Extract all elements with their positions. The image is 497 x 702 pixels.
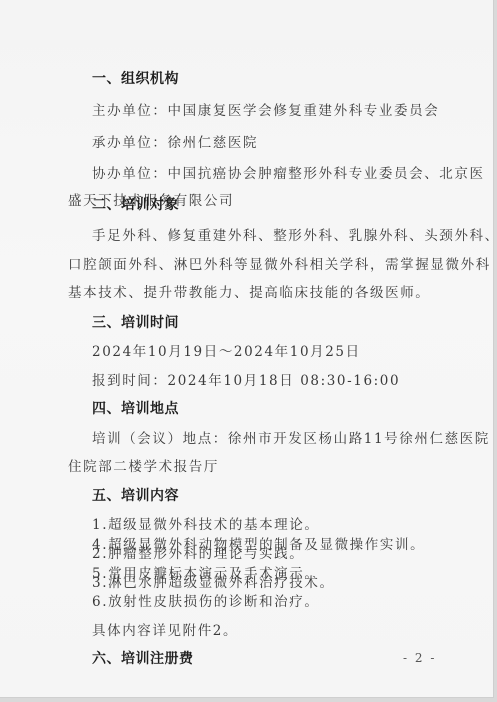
content-item-1: 1.超级显微外科技术的基本理论。 [92, 517, 319, 533]
document-page: 一、组织机构 主办单位：中国康复医学会修复重建外科专业委员会 承办单位：徐州仁慈… [0, 0, 494, 698]
section-heading-trainees: 二、培训对象 [92, 197, 179, 213]
section-heading-location: 四、培训地点 [92, 401, 179, 417]
content-item-6: 6.放射性皮肤损伤的诊断和治疗。 [92, 594, 319, 610]
trainees-line-1: 手足外科、修复重建外科、整形外科、乳腺外科、头颈外科、 [92, 228, 497, 244]
co-organizer-line: 协办单位：中国抗癌协会肿瘤整形外科专业委员会、北京医 [92, 166, 485, 182]
host-line: 承办单位：徐州仁慈医院 [92, 135, 258, 151]
trainees-line-3: 基本技术、提升带教能力、提高临床技能的各级医师。 [68, 285, 430, 301]
content-item-4: 4.超级显微外科动物模型的制备及显微操作实训。 [92, 537, 425, 553]
section-heading-time: 三、培训时间 [92, 315, 179, 331]
registration-time: 报到时间：2024年10月18日 08:30-16:00 [92, 373, 400, 389]
section-heading-organization: 一、组织机构 [92, 71, 179, 87]
section-heading-fee: 六、培训注册费 [92, 651, 194, 667]
location-line-1: 培训（会议）地点：徐州市开发区杨山路11号徐州仁慈医院 [92, 431, 490, 447]
location-line-2: 住院部二楼学术报告厅 [68, 459, 219, 475]
content-note: 具体内容详见附件2。 [92, 623, 238, 639]
section-heading-content: 五、培训内容 [92, 488, 179, 504]
organizer-line: 主办单位：中国康复医学会修复重建外科专业委员会 [92, 103, 439, 119]
content-item-5: 5.常用皮瓣标本演示及手术演示。 [92, 566, 319, 582]
page-number: - 2 - [403, 651, 436, 665]
trainees-line-2: 口腔颌面外科、淋巴外科等显微外科相关学科，需掌握显微外科 [68, 257, 491, 273]
training-dates: 2024年10月19日～2024年10月25日 [92, 344, 361, 360]
